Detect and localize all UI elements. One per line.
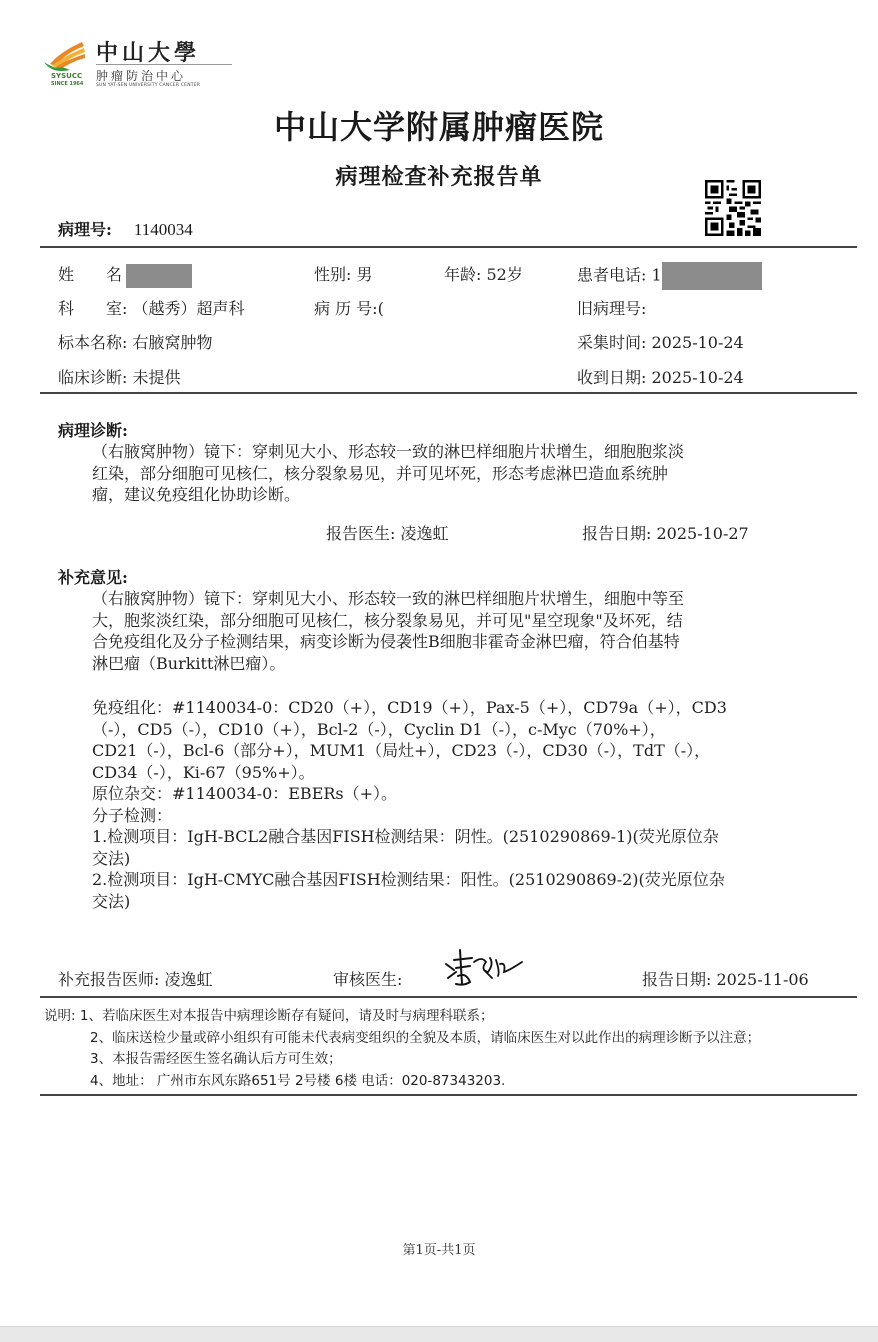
divider-signoff bbox=[40, 996, 857, 998]
collection-time: 采集时间: 2025-10-24 bbox=[577, 330, 744, 353]
molecular-line: 2.检测项目：IgH-CMYC融合基因FISH检测结果：阳性。(25102908… bbox=[92, 869, 812, 891]
divider-top bbox=[40, 246, 857, 248]
notes-section: 说明: 1、若临床医生对本报告中病理诊断存有疑问，请及时与病理科联系； 2、临床… bbox=[44, 1006, 760, 1092]
page-indicator: 第1页-共1页 bbox=[0, 1239, 878, 1258]
patient-name-redacted bbox=[126, 264, 192, 288]
supplement-line: 合免疫组化及分子检测结果，病变诊断为侵袭性B细胞非霍奇金淋巴瘤，符合伯基特 bbox=[92, 631, 812, 653]
patient-sex: 性别: 男 bbox=[314, 262, 372, 285]
viewer-bottom-bar bbox=[0, 1326, 878, 1342]
divider-patient bbox=[40, 392, 857, 394]
logo-name-en: SUN YAT-SEN UNIVERSITY CANCER CENTER bbox=[96, 83, 200, 88]
molecular-line: 1.检测项目：IgH-BCL2融合基因FISH检测结果：阴性。(25102908… bbox=[92, 826, 812, 848]
diagnosis-date: 报告日期: 2025-10-27 bbox=[582, 521, 749, 544]
note-item: 2、临床送检少量或碎小组织有可能未代表病变组织的全貌及本质，请临床医生对以此作出… bbox=[44, 1028, 760, 1050]
note-item: 4、地址： 广州市东风东路651号 2号楼 6楼 电话：020-87343203… bbox=[44, 1071, 760, 1093]
logo-name-cn: 中山大學 bbox=[96, 36, 200, 67]
received-date: 收到日期: 2025-10-24 bbox=[577, 365, 744, 388]
department: 科 室: （越秀）超声科 bbox=[58, 296, 244, 319]
ihc-results: 免疫组化：#1140034-0：CD20（+），CD19（+），Pax-5（+）… bbox=[92, 697, 812, 912]
diagnosis-line: （右腋窝肿物）镜下：穿刺见大小、形态较一致的淋巴样细胞片状增生，细胞胞浆淡 bbox=[92, 441, 812, 463]
patient-phone-label: 患者电话: 1 bbox=[577, 266, 662, 285]
logo-brand-text: SYSUCC bbox=[51, 72, 82, 80]
molecular-line: 交法) bbox=[92, 891, 812, 913]
supplement-line: 大，胞浆淡红染，部分细胞可见核仁，核分裂象易见，并可见"星空现象"及坏死，结 bbox=[92, 610, 812, 632]
patient-age: 年龄: 52岁 bbox=[444, 262, 523, 285]
diagnosis-line: 红染，部分细胞可见核仁，核分裂象易见，并可见坏死，形态考虑淋巴造血系统肿 bbox=[92, 463, 812, 485]
final-report-date: 报告日期: 2025-11-06 bbox=[642, 967, 809, 990]
ish-result: 原位杂交：#1140034-0：EBERs（+）。 bbox=[92, 783, 812, 805]
diagnosis-line: 瘤，建议免疫组化协助诊断。 bbox=[92, 484, 812, 506]
supplement-text: （右腋窝肿物）镜下：穿刺见大小、形态较一致的淋巴样细胞片状增生，细胞中等至 大，… bbox=[92, 588, 812, 674]
logo-since-text: SINCE 1964 bbox=[51, 81, 83, 87]
specimen-name: 标本名称: 右腋窝肿物 bbox=[58, 330, 212, 353]
pathology-number-label: 病理号: bbox=[58, 220, 112, 239]
note-item: 1、若临床医生对本报告中病理诊断存有疑问，请及时与病理科联系； bbox=[80, 1008, 494, 1024]
handwritten-signature-icon bbox=[440, 944, 526, 988]
ihc-line: CD21（-），Bcl-6（部分+），MUM1（局灶+），CD23（-），CD3… bbox=[92, 740, 812, 762]
diagnosis-heading: 病理诊断: bbox=[58, 418, 128, 441]
logo-subtitle: 肿瘤防治中心 bbox=[96, 67, 186, 84]
divider-bottom bbox=[40, 1094, 857, 1096]
hospital-logo: SYSUCC SINCE 1964 中山大學 肿瘤防治中心 SUN YAT-SE… bbox=[42, 34, 202, 90]
notes-label: 说明: bbox=[44, 1008, 76, 1024]
hospital-name: 中山大学附属肿瘤医院 bbox=[0, 102, 878, 148]
qr-code-icon bbox=[705, 180, 761, 236]
ihc-line: 免疫组化：#1140034-0：CD20（+），CD19（+），Pax-5（+）… bbox=[92, 697, 812, 719]
pathology-number: 病理号:1140034 bbox=[58, 217, 193, 240]
patient-name-field: 姓 名 bbox=[58, 262, 192, 288]
patient-phone-redacted bbox=[662, 262, 762, 290]
patient-phone-field: 患者电话: 1 bbox=[577, 262, 762, 290]
diagnosis-text: （右腋窝肿物）镜下：穿刺见大小、形态较一致的淋巴样细胞片状增生，细胞胞浆淡 红染… bbox=[92, 441, 812, 506]
molecular-line: 交法) bbox=[92, 848, 812, 870]
logo-divider bbox=[96, 64, 232, 65]
diagnosis-doctor: 报告医生: 凌逸虹 bbox=[326, 521, 448, 544]
ihc-line: （-），CD5（-），CD10（+），Bcl-2（-），Cyclin D1（-）… bbox=[92, 719, 812, 741]
patient-name-label: 姓 名 bbox=[58, 265, 122, 284]
supplement-heading: 补充意见: bbox=[58, 565, 128, 588]
ihc-line: CD34（-），Ki-67（95%+）。 bbox=[92, 762, 812, 784]
note-item: 3、本报告需经医生签名确认后方可生效； bbox=[44, 1049, 760, 1071]
pathology-number-value: 1140034 bbox=[134, 220, 193, 239]
old-pathology-no: 旧病理号: bbox=[577, 296, 646, 319]
supplement-line: （右腋窝肿物）镜下：穿刺见大小、形态较一致的淋巴样细胞片状增生，细胞中等至 bbox=[92, 588, 812, 610]
reviewer-label: 审核医生: bbox=[333, 967, 402, 990]
supplement-doctor: 补充报告医师: 凌逸虹 bbox=[58, 967, 212, 990]
medical-record-no: 病 历 号:( bbox=[314, 296, 384, 319]
clinical-diagnosis: 临床诊断: 未提供 bbox=[58, 365, 180, 388]
supplement-line: 淋巴瘤（Burkitt淋巴瘤）。 bbox=[92, 653, 812, 675]
molecular-heading: 分子检测： bbox=[92, 805, 812, 827]
